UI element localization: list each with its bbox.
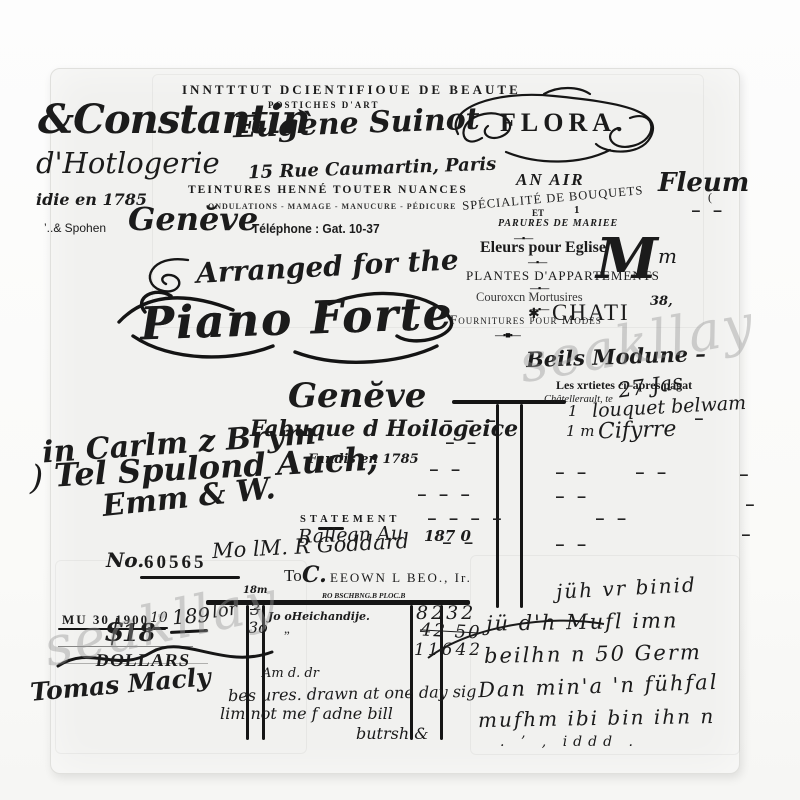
ditto-mark: ” <box>284 628 290 644</box>
dash-mark: – – <box>446 436 478 451</box>
mm-superscript: m <box>658 244 677 268</box>
one-mark: 1 <box>574 204 580 216</box>
geneve-script-mid: Genĕve <box>288 376 426 416</box>
divider-ornament-icon: —▪— <box>528 257 546 267</box>
to-label: To <box>284 566 302 586</box>
cifyn-hand: Cifyrre <box>598 417 677 445</box>
horlogerie-script: d'Hotlogerie <box>36 146 220 180</box>
merchandise-label: Jo oHeichandije. <box>268 610 370 623</box>
flora-title: FLORA. <box>500 108 628 138</box>
fleum-script: Fleum <box>658 168 749 198</box>
dash-mark: – <box>746 498 757 513</box>
geneve-script-top: Genĕve <box>128 200 258 238</box>
kurrent-line: . ’ , iddd . <box>500 734 639 750</box>
table-rule-vertical <box>520 404 523 608</box>
dash-mark: – – <box>636 466 668 481</box>
ledger-hand-note: Am d. dr <box>262 666 319 681</box>
statement-number: 60565 <box>144 552 207 574</box>
an-air-line: AN AIR <box>516 170 585 190</box>
fleurs-pour-eglise: Eleurs pour Eglise <box>480 239 606 257</box>
ledger-hand-note: lim not me f adne bill <box>220 704 393 723</box>
dash-mark: – – – – <box>428 512 504 527</box>
dash-mark: – – <box>596 512 628 527</box>
quantity-entry: 1 <box>568 402 578 420</box>
teintures-line: TEINTURES HENNÉ TOUTER NUANCES <box>188 184 468 196</box>
kurrent-line: jü d'h Mufl imn <box>486 608 679 635</box>
paren-flourish: ) <box>30 458 43 498</box>
quantity-entry: 1 m <box>566 422 595 440</box>
dash-mark: – – – <box>444 414 498 429</box>
dash-mark: – – <box>556 466 588 481</box>
dash-mark: – <box>742 528 753 543</box>
product-photo: INNTTTUT DCIENTIFIOUE DE BEAUTE POSTICHE… <box>0 0 800 800</box>
piano-forte-blackletter: Piano Forte <box>139 287 454 351</box>
dash-mark: – – <box>556 538 588 553</box>
dash-mark: – – <box>556 490 588 505</box>
statement-subline: RO BSCHBNG.B PLOC.B <box>322 591 405 600</box>
paren-mark: ( <box>708 190 712 205</box>
ledger-hand-note: butrsh & <box>356 724 428 743</box>
payee-line: EEOWN L BEO., Ir. <box>330 570 472 586</box>
telephone-line: Téléphone : Gat. 10-37 <box>252 221 380 236</box>
year-1870: 187 0 <box>424 527 471 545</box>
spohen-fragment: ’..& Spohen <box>44 221 106 235</box>
kurrent-line: mufhm ibi bin ihn n <box>478 704 716 732</box>
to-initial-blob: C. <box>302 562 327 588</box>
number-label: No. <box>106 548 144 572</box>
dash-mark: – <box>695 412 706 427</box>
ledger-rule-vertical <box>410 605 413 740</box>
dash-mark: – – – <box>418 488 472 503</box>
dash-mark: – – <box>430 463 462 478</box>
et-label: ET <box>532 208 544 218</box>
dash-mark: – <box>740 468 751 483</box>
kurrent-line: beilhn n 50 Germ <box>484 640 702 668</box>
star-ornament-icon: ✱ <box>528 306 540 323</box>
dash-mark: – – <box>692 204 724 219</box>
mm-monogram-script: M <box>596 226 658 292</box>
ledger-number: 11642 <box>414 640 483 660</box>
